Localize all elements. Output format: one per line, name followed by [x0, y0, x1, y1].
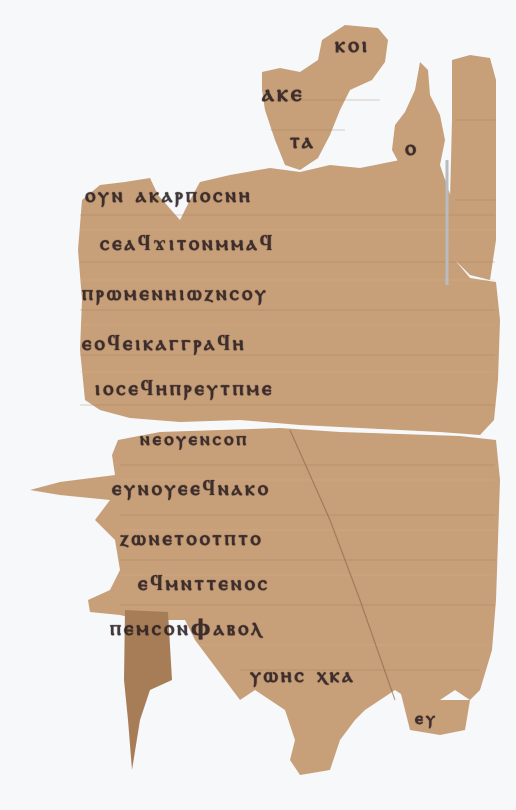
papyrus-fragment	[0, 0, 516, 810]
text-line: ⲥⲉⲁϥϫⲓⲧⲟⲛⲙⲙⲁϥ	[100, 230, 275, 256]
text-line: ⲕⲟⲓ	[335, 32, 370, 58]
text-line: ⲡⲣⲱⲙⲉⲛⲏⲓⲱⲍⲛⲥⲟⲩ	[82, 280, 269, 306]
text-line: ⲓⲟⲥⲉϥⲏⲡⲣⲉⲩⲧⲡⲙⲉ	[95, 375, 274, 401]
papyrus-photo: ⲕⲟⲓ ⲁⲕⲉ ⲧⲁ ⲟ ⲟⲩⲛ ⲁⲕⲁⲣⲡⲟⲥⲛⲏ ⲥⲉⲁϥϫⲓⲧⲟⲛⲙⲙⲁϥ…	[0, 0, 516, 810]
text-line: ⲛⲉⲟⲩⲉⲛⲥⲟⲡ	[140, 428, 249, 450]
text-line: ⲍⲱⲛⲉⲧⲟⲟⲧⲡⲧⲟ	[120, 525, 264, 551]
text-line: ⲡⲉⲙⲥⲟⲛϕⲁⲃⲟⲗ	[110, 615, 264, 641]
text-line: ⲩⲱⲏⲥ ⲭⲕⲁ	[250, 662, 356, 688]
text-line: ⲟ	[405, 135, 419, 161]
text-line: ⲉⲟϥⲉⲓⲕⲁⲅⲅⲣⲁϥⲏ	[82, 330, 246, 356]
text-line: ⲁⲕⲉ	[262, 78, 305, 107]
text-line: ⲉⲩ	[415, 708, 438, 729]
text-line: ⲉⲩⲛⲟⲩⲉⲉϥⲛⲁⲕⲟ	[112, 475, 271, 501]
text-line: ⲧⲁ	[290, 128, 316, 154]
text-line: ⲉϥⲙⲛⲧⲧⲉⲛⲟⲥ	[138, 570, 270, 596]
text-line: ⲟⲩⲛ ⲁⲕⲁⲣⲡⲟⲥⲛⲏ	[85, 182, 253, 208]
